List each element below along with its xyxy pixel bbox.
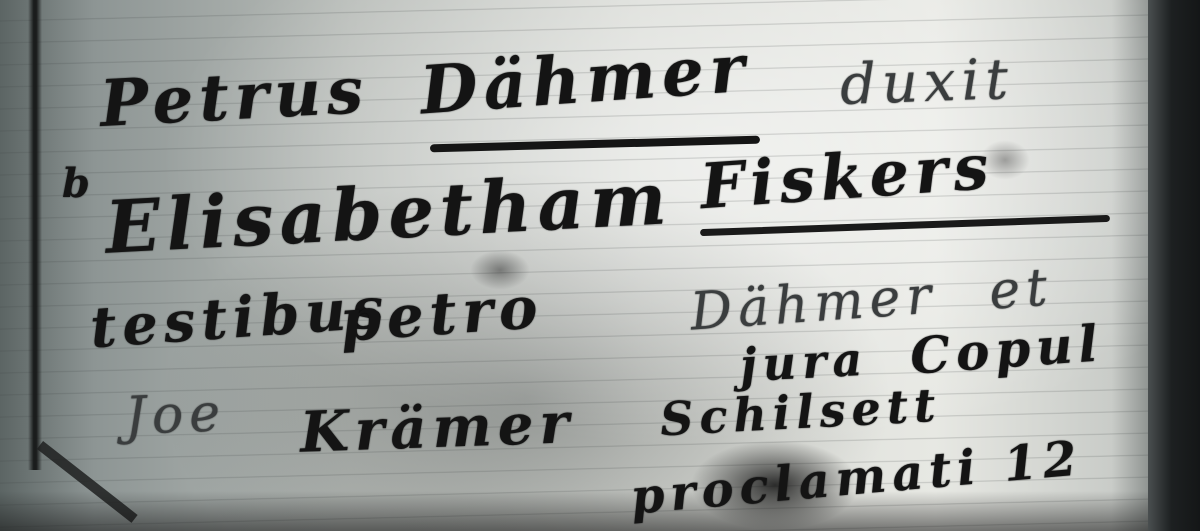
- bottom-shadow: [0, 491, 1170, 531]
- conjunction-et: et: [987, 257, 1055, 321]
- left-margin-line: [28, 0, 42, 470]
- entry-line-1: Petrus: [98, 53, 371, 142]
- witness-1-block: petro: [338, 273, 546, 355]
- witness-2-surname: Krämer: [299, 390, 576, 466]
- verb-duxit: duxit: [839, 47, 1015, 118]
- verb-block: duxit: [839, 47, 1015, 118]
- groom-given-name: Petrus: [98, 53, 371, 142]
- witness-1-given-name: petro: [338, 273, 546, 355]
- margin-mark-text: b: [62, 160, 96, 207]
- witness-2-given-name: Joe: [124, 383, 227, 446]
- margin-mark: b: [62, 160, 96, 207]
- witness-2-block: Krämer: [299, 390, 576, 466]
- entry-line-4: Joe: [124, 383, 227, 446]
- page-binding-edge: [1148, 0, 1200, 531]
